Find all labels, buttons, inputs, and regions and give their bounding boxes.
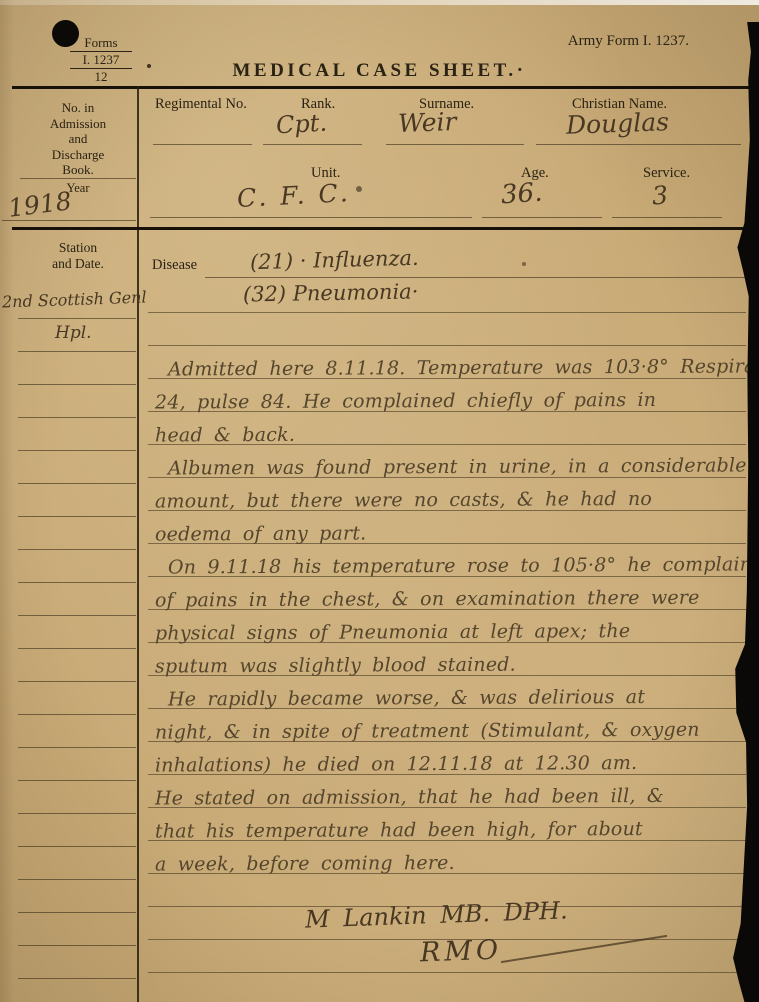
medical-case-sheet-page: Forms I. 1237 12 Army Form I. 1237. MEDI… (0, 0, 759, 1002)
age-value: 36. (500, 178, 543, 211)
service-underline (612, 217, 722, 218)
admission-label-line: Admission (20, 116, 136, 132)
admission-label-line: and (20, 131, 136, 147)
scan-top-edge (0, 0, 759, 5)
note-line: night, & in spite of treatment (Stimulan… (150, 713, 744, 749)
note-line: amount, but there were no casts, & he ha… (150, 482, 744, 518)
year-divider-line (20, 178, 136, 179)
left-column-ruled-lines (18, 318, 136, 996)
note-line: sputum was slightly blood stained. (150, 647, 744, 683)
disease-label: Disease (152, 257, 197, 274)
admission-label-line: Book. (20, 162, 136, 178)
note-line: Admitted here 8.11.18. Temperature was 1… (150, 350, 744, 386)
column-divider-line (137, 86, 139, 1002)
unit-value: C. F. C. (236, 178, 351, 213)
note-line: of pains in the chest, & on examination … (150, 581, 744, 617)
note-line: oedema of any part. (150, 515, 744, 551)
note-line: that his temperature had been high, for … (150, 812, 744, 848)
surname-underline (386, 144, 524, 145)
admission-book-label: No. in Admission and Discharge Book. (20, 100, 136, 178)
admission-label-line: No. in (20, 100, 136, 116)
year-underline (2, 220, 136, 221)
disease-value-2: (32) Pneumonia· (243, 279, 419, 306)
note-line: inhalations) he died on 12.11.18 at 12.3… (150, 746, 744, 782)
note-line: He rapidly became worse, & was delirious… (150, 680, 744, 716)
regimental-no-underline (153, 144, 252, 145)
ink-specks (147, 64, 151, 68)
note-line: physical signs of Pneumonia at left apex… (150, 614, 744, 650)
note-line: 24, pulse 84. He complained chiefly of p… (150, 383, 744, 419)
unit-underline (150, 217, 472, 218)
note-line: Albumen was found present in urine, in a… (150, 449, 744, 485)
title-divider-line (12, 86, 750, 89)
rank-underline (263, 144, 362, 145)
christian-name-underline (536, 144, 741, 145)
surname-value: Weir (398, 107, 457, 138)
note-line: On 9.11.18 his temperature rose to 105·8… (150, 548, 744, 584)
disease-underline-1 (205, 277, 745, 278)
section-divider-line (12, 227, 750, 230)
page-title: MEDICAL CASE SHEET.· (0, 60, 759, 82)
regimental-no-label: Regimental No. (155, 96, 247, 113)
christian-name-value: Douglas (566, 107, 670, 140)
station-label-line: Station (20, 240, 136, 256)
service-value: 3 (651, 180, 669, 210)
station-label-line: and Date. (20, 256, 136, 272)
note-line: He stated on admission, that he had been… (150, 779, 744, 815)
admission-label-line: Discharge (20, 147, 136, 163)
age-underline (482, 217, 602, 218)
note-line: head & back. (150, 416, 744, 452)
forms-stamp-line1: Forms (70, 35, 132, 52)
station-date-label: Station and Date. (20, 240, 136, 272)
rank-value: Cpt. (275, 109, 327, 140)
disease-value-1: (21) · Influenza. (250, 246, 419, 274)
station-value-line2: Hpl. (55, 323, 92, 343)
note-line: a week, before coming here. (150, 845, 744, 881)
signature-role: RMO (419, 935, 502, 969)
case-notes: Admitted here 8.11.18. Temperature was 1… (150, 352, 744, 880)
army-form-number: Army Form I. 1237. (568, 33, 689, 50)
